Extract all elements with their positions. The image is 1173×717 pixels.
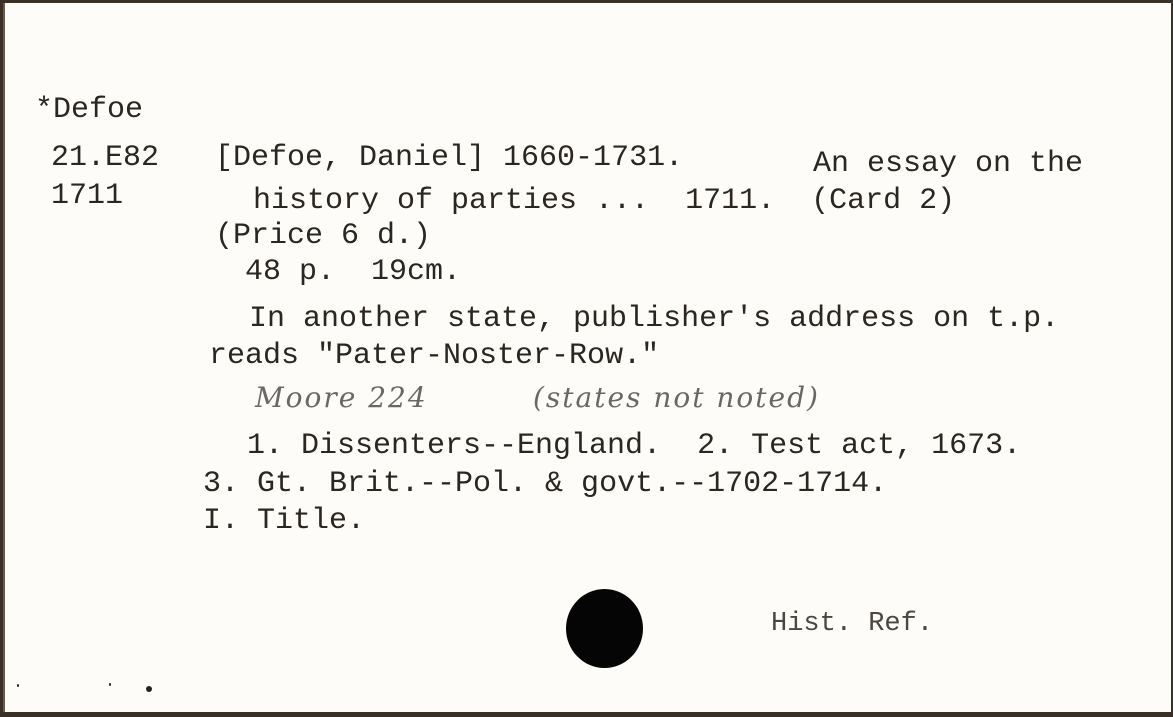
catalog-card: *Defoe 21.E82 1711 [Defoe, Daniel] 1660-… [3, 3, 1171, 712]
subjects-line-2: 3. Gt. Brit.--Pol. & govt.--1702-1714. [203, 469, 887, 499]
ink-speck [109, 683, 111, 686]
title-continuation: history of parties ... 1711. (Card 2) [253, 186, 955, 216]
location-stamp: Hist. Ref. [771, 611, 933, 638]
call-number-year: 1711 [51, 181, 123, 211]
call-number-class: 21.E82 [51, 143, 159, 173]
collation: 48 p. 19cm. [245, 257, 461, 287]
card-punch-hole [566, 589, 643, 668]
subjects-line-1: 1. Dissenters--England. 2. Test act, 167… [247, 431, 1021, 461]
author-line: [Defoe, Daniel] 1660-1731. [215, 143, 683, 173]
note-line-1: In another state, publisher's address on… [249, 304, 1059, 334]
handwritten-parenthetical: (states not noted) [533, 381, 820, 414]
price-note: (Price 6 d.) [215, 221, 431, 251]
title-start: An essay on the [813, 149, 1083, 179]
ink-speck [17, 684, 19, 687]
handwritten-reference: Moore 224 [255, 381, 428, 414]
main-entry-heading: *Defoe [35, 95, 143, 125]
added-entry: I. Title. [203, 506, 365, 536]
ink-speck [146, 686, 152, 692]
note-line-2: reads "Pater-Noster-Row." [209, 341, 659, 371]
